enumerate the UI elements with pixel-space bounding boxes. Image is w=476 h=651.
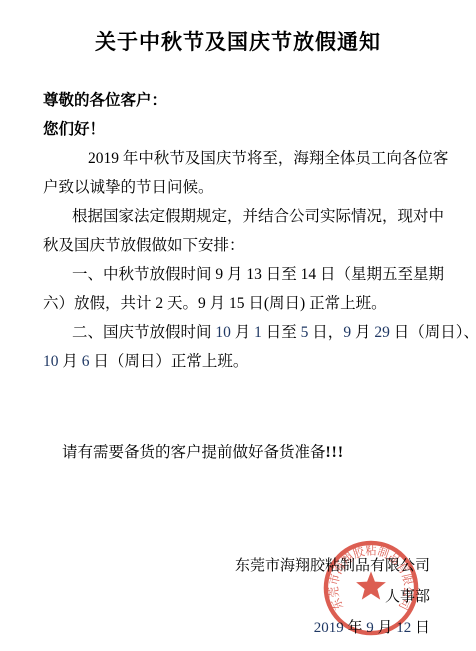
text-segment: 日至 — [262, 324, 301, 341]
text-segment: 一、中秋节放假时间 9 月 13 日至 14 日（星期五至星期 — [72, 266, 444, 283]
body-line: 秋及国庆节放假做如下安排： — [43, 231, 461, 260]
text-segment: 户致以诚挚的节日问候。 — [43, 179, 214, 196]
text-segment: 日（周日）正常上班。 — [90, 353, 249, 370]
text-segment: 年 — [344, 620, 367, 636]
body-line: 10 月 6 日（周日）正常上班。 — [43, 347, 461, 376]
notice-line: 请有需要备货的客户提前做好备货准备!!! — [62, 438, 344, 467]
text-segment: 9 — [343, 324, 351, 341]
body-line: 您们好！ — [43, 115, 461, 144]
body-line: 2019 年中秋节及国庆节将至，海翔全体员工向各位客 — [43, 144, 461, 173]
text-segment: 9 — [366, 620, 374, 636]
text-segment: 月 — [231, 324, 254, 341]
text-segment: !!! — [326, 444, 345, 461]
text-segment: 1 — [254, 324, 262, 341]
text-segment: 您们好！ — [43, 121, 105, 138]
body-line: 户致以诚挚的节日问候。 — [43, 173, 461, 202]
text-segment: 秋及国庆节放假做如下安排： — [43, 237, 245, 254]
holiday-notice-document: 关于中秋节及国庆节放假通知 尊敬的各位客户：您们好！2019 年中秋节及国庆节将… — [0, 0, 476, 651]
signature-date: 2019 年 9 月 12 日 — [235, 613, 430, 644]
text-segment: 12 — [396, 620, 411, 636]
text-segment: 月 — [59, 353, 82, 370]
body-line: 六）放假，共计 2 天。9 月 15 日(周日) 正常上班。 — [43, 289, 461, 318]
text-segment: 根据国家法定假期规定，并结合公司实际情况，现对中 — [72, 208, 444, 225]
department-name: 人事部 — [235, 582, 430, 613]
text-segment: 六）放假，共计 2 天。9 月 15 日(周日) 正常上班。 — [43, 295, 387, 312]
company-name: 东莞市海翔胶粘制品有限公司 — [235, 551, 430, 582]
signature-block: 东莞市海翔胶粘制品有限公司 人事部 2019 年 9 月 12 日 — [235, 551, 430, 644]
body-line: 根据国家法定假期规定，并结合公司实际情况，现对中 — [43, 202, 461, 231]
text-segment: 请有需要备货的客户提前做好备货准备 — [62, 444, 326, 461]
text-segment: 日， — [308, 324, 343, 341]
body-line: 尊敬的各位客户： — [43, 86, 461, 115]
text-segment: 尊敬的各位客户： — [43, 92, 167, 109]
text-segment: 月 — [351, 324, 374, 341]
text-segment: 日（周日）、 — [390, 324, 476, 341]
text-segment: 2019 — [314, 620, 344, 636]
document-body: 尊敬的各位客户：您们好！2019 年中秋节及国庆节将至，海翔全体员工向各位客户致… — [43, 86, 461, 376]
text-segment: 日 — [411, 620, 430, 636]
text-segment: 二、国庆节放假时间 — [72, 324, 215, 341]
text-segment: 2019 年中秋节及国庆节将至，海翔全体员工向各位客 — [88, 150, 448, 167]
body-line: 一、中秋节放假时间 9 月 13 日至 14 日（星期五至星期 — [43, 260, 461, 289]
body-line: 二、国庆节放假时间 10 月 1 日至 5 日，9 月 29 日（周日）、 — [43, 318, 461, 347]
text-segment: 6 — [82, 353, 90, 370]
text-segment: 10 — [43, 353, 59, 370]
text-segment: 29 — [374, 324, 390, 341]
text-segment: 10 — [215, 324, 231, 341]
text-segment: 月 — [374, 620, 397, 636]
document-title: 关于中秋节及国庆节放假通知 — [0, 26, 476, 56]
